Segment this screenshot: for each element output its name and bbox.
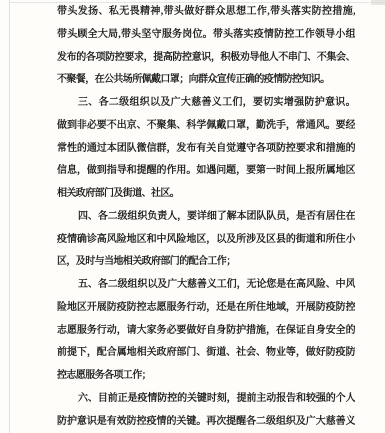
document-text-block: 带头发扬、私无畏精神,带头做好群众思想工作,带头落实防控措施,带头顾全大局,带头… <box>57 1 355 433</box>
text-line: 做到非必要不出京、不聚集、科学佩戴口罩，勤洗手，常通风。要经 <box>57 115 355 138</box>
text-line: 不聚餐，在公共场所佩戴口罩；向群众宣传正确的疫情防控知识。 <box>57 69 355 92</box>
scan-corner-shadow <box>371 0 385 5</box>
text-line: 相关政府部门及街道、社区。 <box>57 183 355 206</box>
text-line: 信息，做到指导和提醒的作用。如遇问题，要第一时间上报所属地区 <box>57 160 355 183</box>
text-line: 防护意识是有效防控疫情的关键。再次提醒各二级组织及广大慈善义 <box>57 411 355 433</box>
text-line: 六、目前正是疫情防控的关键时刻，提前主动报告和较强的个人 <box>57 388 355 411</box>
text-line: 险地区开展防疫防控志愿服务行动，还是在所住地域，开展防疫防控 <box>57 297 355 320</box>
document-page: 带头发扬、私无畏精神,带头做好群众思想工作,带头落实防控措施,带头顾全大局,带头… <box>0 0 385 433</box>
text-line: 四、各二级组织负责人，要详细了解本团队队员，是否有居住在 <box>57 206 355 229</box>
text-line: 常性的通过本团队微信群，发布有关自觉遵守各项防控要求和措施的 <box>57 138 355 161</box>
text-line: 带头顾全大局,带头坚守服务岗位。带头落实疫情防控工作领导小组 <box>57 24 355 47</box>
text-line: 控志愿服务各项工作； <box>57 365 355 388</box>
text-line: 疫情确诊高风险地区和中风险地区，以及所涉及区县的街道和所住小 <box>57 229 355 252</box>
text-line: 带头发扬、私无畏精神,带头做好群众思想工作,带头落实防控措施, <box>57 1 355 24</box>
text-line: 三、各二级组织以及广大慈善义工们，要切实增强防护意识。 <box>57 92 355 115</box>
page-left-edge-line <box>9 0 10 433</box>
text-line: 区，及时与当地相关政府部门的配合工作； <box>57 251 355 274</box>
text-line: 前提下，配合属地相关政府部门、街道、社会、物业等，做好防疫防 <box>57 342 355 365</box>
text-line: 发布的各项防控要求，提高防控意识，积极劝导他人不串门、不集会、 <box>57 47 355 70</box>
text-line: 志愿服务行动，请大家务必要做好自身防护措施，在保证自身安全的 <box>57 320 355 343</box>
text-line: 五、各二级组织以及广大慈善义工们，无论您是在高风险、中风 <box>57 274 355 297</box>
